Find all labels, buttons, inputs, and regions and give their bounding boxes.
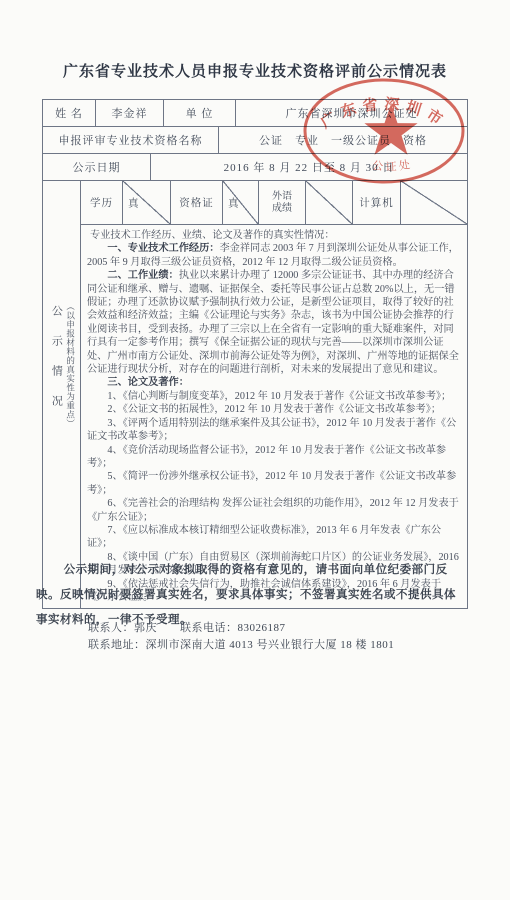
side-note: （以申报材料的真实性为重点） [65, 302, 74, 428]
date-value: 2016 年 8 月 22 日至 8 月 30 日 [151, 154, 467, 180]
papers-heading: 三、论文及著作： [107, 377, 189, 388]
table-row: 申报评审专业技术资格名称 公证 专业 一级公证员 资格 [43, 127, 467, 154]
computer-value-cell [401, 181, 467, 224]
contact-address-line: 联系地址：深圳市深南大道 4013 号兴业银行大厦 18 楼 1801 [88, 637, 468, 654]
papers-heading-paragraph: 三、论文及著作： [87, 376, 459, 389]
table-lower-section: 公示情况 （以申报材料的真实性为重点） 学历 真 资格证 真 外语 成绩 计算机 [43, 181, 467, 608]
work-history-paragraph: 一、专业技术工作经历：李金祥同志 2003 年 7 月到深圳公证处从事公证工作，… [87, 242, 459, 269]
foreign-language-label: 外语 成绩 [259, 181, 306, 224]
qualification-value: 公证 专业 一级公证员 资格 [219, 127, 467, 153]
date-label: 公示日期 [43, 154, 151, 180]
work-achievement-text: 执业以来累计办理了 12000 多宗公证证书、其中办理的经济合同公证和继承、赠与… [87, 270, 459, 375]
publicity-form-table: 姓 名 李金祥 单 位 广东省深圳市深圳公证处 申报评审专业技术资格名称 公证 … [42, 99, 468, 609]
paper-item: 5、《简评一份涉外继承权公证书》，2012 年 10 月发表于著作《公证文书改革… [87, 470, 459, 497]
name-value: 李金祥 [96, 100, 164, 126]
certificate-value-cell: 真 [223, 181, 259, 224]
qualification-label: 申报评审专业技术资格名称 [43, 127, 219, 153]
paper-item: 2、《公证文书的拓展性》，2012 年 10 月发表于著作《公证文书改革参考》； [87, 403, 459, 416]
certificate-label: 资格证 [171, 181, 223, 224]
computer-label: 计算机 [353, 181, 401, 224]
contact-person-line: 联系人：郭庆 联系电话：83026187 [88, 620, 468, 637]
name-label: 姓 名 [43, 100, 96, 126]
paper-item: 3、《评两个适用特别法的继承案件及其公证书》，2012 年 10 月发表于著作《… [87, 417, 459, 444]
work-achievement-heading: 二、工作业绩： [107, 270, 178, 281]
lang-label-line1: 外语 [272, 191, 292, 202]
page-title: 广东省专业技术人员申报专业技术资格评前公示情况表 [0, 60, 510, 81]
contact-block: 联系人：郭庆 联系电话：83026187 联系地址：深圳市深南大道 4013 号… [88, 620, 468, 654]
lang-label-line2: 成绩 [272, 203, 292, 214]
table-row: 姓 名 李金祥 单 位 广东省深圳市深圳公证处 [43, 100, 467, 127]
unit-label: 单 位 [164, 100, 236, 126]
education-label: 学历 [81, 181, 123, 224]
situation-intro: 专业技术工作经历、业绩、论文及著作的真实性情况： [87, 229, 459, 242]
education-value: 真 [128, 195, 139, 210]
table-row: 公示日期 2016 年 8 月 22 日至 8 月 30 日 [43, 154, 467, 181]
paper-item: 1、《信心判断与制度变革》，2012 年 10 月发表于著作《公证文书改革参考》… [87, 390, 459, 403]
foreign-language-value-cell [306, 181, 353, 224]
checks-row: 学历 真 资格证 真 外语 成绩 计算机 [81, 181, 467, 225]
unit-value: 广东省深圳市深圳公证处 [236, 100, 467, 126]
work-achievement-paragraph: 二、工作业绩：执业以来累计办理了 12000 多宗公证证书、其中办理的经济合同公… [87, 269, 459, 376]
paper-item: 4、《竞价活动现场监督公证书》，2012 年 10 月发表于著作《公证文书改革参… [87, 444, 459, 471]
side-label-cell: 公示情况 （以申报材料的真实性为重点） [43, 181, 81, 608]
paper-item: 6、《完善社会的治理结构 发挥公证社会组织的功能作用》，2012 年 12 月发… [87, 497, 459, 524]
paper-item: 7、《应以标准成本核订精细型公证收费标准》，2013 年 6 月年发表《广东公证… [87, 524, 459, 551]
situation-content: 专业技术工作经历、业绩、论文及著作的真实性情况： 一、专业技术工作经历：李金祥同… [81, 225, 467, 608]
education-value-cell: 真 [123, 181, 171, 224]
certificate-value: 真 [228, 195, 239, 210]
table-right-column: 学历 真 资格证 真 外语 成绩 计算机 专业技术工作经历、业绩、论文及著作的真… [81, 181, 467, 608]
side-label: 公示情况 [48, 305, 64, 425]
work-history-heading: 一、专业技术工作经历： [107, 243, 219, 254]
